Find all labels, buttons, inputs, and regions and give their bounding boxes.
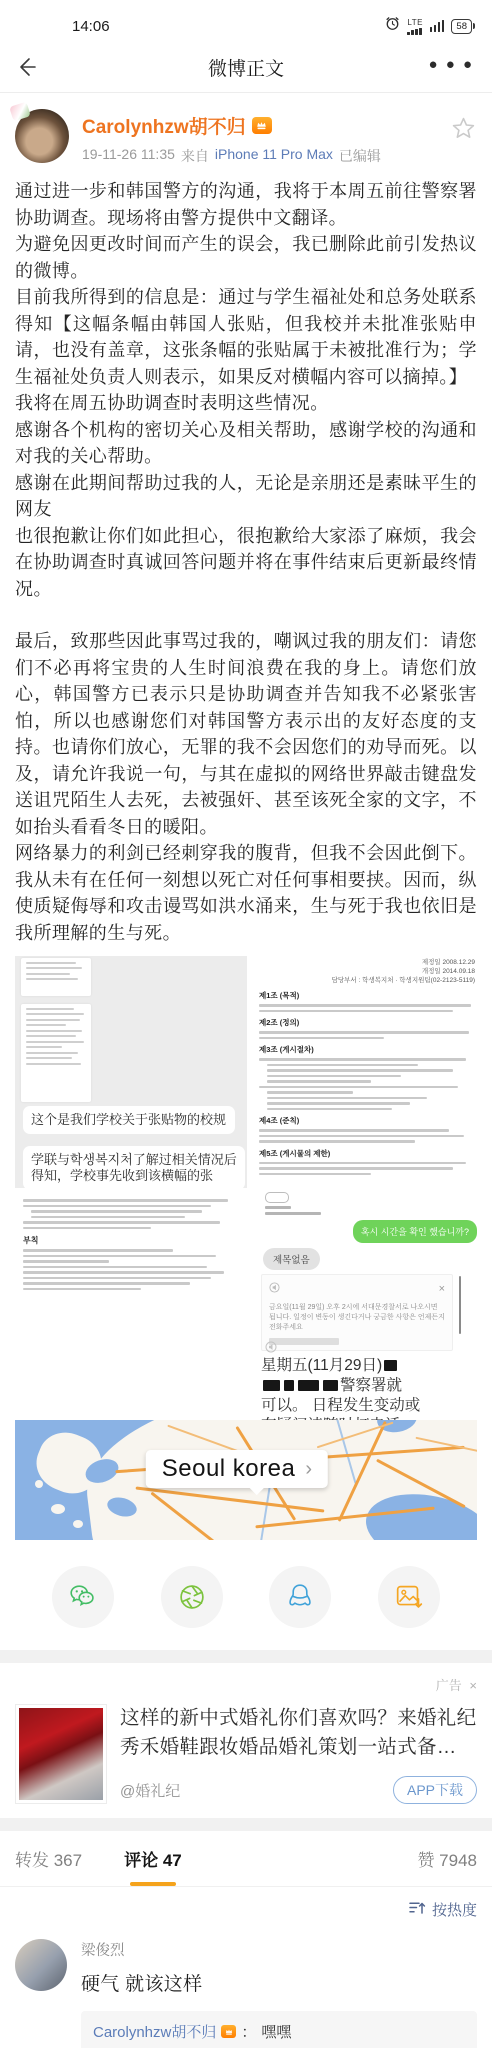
doc-date: 제정일 2008.12.29 (259, 958, 475, 967)
kakao-title-label: 제목없음 (263, 1248, 320, 1270)
reply-text: 嘿嘿 (261, 2021, 291, 2042)
signal-bars-sim2-icon (430, 20, 445, 33)
tab-likes[interactable]: 赞 7948 (417, 1831, 477, 1886)
document-thumbnail (21, 958, 91, 996)
signal-bars-sim1-icon (407, 28, 422, 35)
save-image-button[interactable] (378, 1566, 440, 1628)
chat-pill (265, 1192, 289, 1203)
korean-regulation-doc-bottom: 부칙 (17, 1192, 243, 1388)
ad-thumbnail[interactable] (15, 1704, 107, 1804)
reply-author-name[interactable]: Carolynhzw胡不归 (93, 2021, 216, 2042)
map-banner[interactable]: Seoul korea › (15, 1420, 477, 1540)
network-type-label: LTE (407, 18, 423, 27)
weibo-post-screen: 14:06 LTE 58 微博正文 ● ● ● (0, 0, 492, 2048)
post-paragraph: 通过进一步和韩国警方的沟通，我将于本周五前往警察署协助调查。现场将由警方提供中文… (15, 178, 477, 231)
image-download-icon (392, 1580, 426, 1614)
map-location-label: Seoul korea (162, 1455, 296, 1483)
doc-department: 담당부서 : 학생복지처 · 학생지원팀(02-2123-5119) (259, 976, 475, 985)
post-paragraph: 感谢各个机构的密切关心及相关帮助，感谢学校的沟通和对我的关心帮助。 (15, 417, 477, 470)
tab-reposts[interactable]: 转发 367 (15, 1831, 82, 1886)
post-paragraph: 也很抱歉让你们如此担心，很抱歉给大家添了麻烦，我会在协助调查时真诚回答问题并将在… (15, 523, 477, 603)
favorite-star-icon[interactable] (450, 115, 477, 147)
sort-label: 按热度 (432, 1899, 477, 1920)
doc-section-title: 제4조 (준칙) (259, 1115, 475, 1126)
section-divider (0, 1818, 492, 1831)
share-wechat-button[interactable] (52, 1566, 114, 1628)
comment-item[interactable]: 梁俊烈 硬气 就该这样 Carolynhzw胡不归 ： 嘿嘿 (0, 1931, 492, 2048)
section-divider (0, 1650, 492, 1663)
sort-row[interactable]: 按热度 (0, 1887, 492, 1931)
share-row (0, 1566, 492, 1628)
chat-screenshot-left: 这个是我们学校关于张贴物的校规 学联与학생복지처了解过相关情况后得知，学校事先收… (15, 956, 247, 1188)
page-title: 微博正文 (0, 54, 492, 81)
cn-text: 星期五(11月29日) (261, 1357, 382, 1374)
chevron-right-icon: › (305, 1458, 312, 1481)
kakao-message-card: × 금요일(11월 29일) 오후 2시에 서대문경찰서로 나오시면 됩니다. … (261, 1274, 453, 1351)
comment-text: 硬气 就该这样 (81, 1969, 477, 1996)
doc-heading: 부칙 (23, 1235, 237, 1246)
edited-label: 已编辑 (339, 146, 381, 166)
commenter-name[interactable]: 梁俊烈 (81, 1939, 477, 1960)
close-icon[interactable]: × (439, 1284, 445, 1295)
post-paragraph: 我将在周五协助调查时表明这些情况。 (15, 390, 477, 417)
ad-section: 广告 × 这样的新中式婚礼你们喜欢吗？来婚礼纪秀禾婚鞋跟妆婚品婚礼策划一站式备…… (0, 1663, 492, 1818)
cn-text: 警察署就 (340, 1377, 402, 1394)
ad-app-download-button[interactable]: APP下载 (393, 1776, 477, 1804)
ad-account[interactable]: @婚礼纪 (120, 1780, 180, 1801)
redacted-block (269, 1338, 339, 1345)
share-qq-button[interactable] (269, 1566, 331, 1628)
comment-reply[interactable]: Carolynhzw胡不归 ： 嘿嘿 (81, 2011, 477, 2048)
map-location-pill[interactable]: Seoul korea › (146, 1450, 328, 1488)
status-bar: 14:06 LTE 58 (0, 0, 492, 42)
doc-section-title: 제3조 (게시절차) (259, 1044, 475, 1055)
share-moments-button[interactable] (161, 1566, 223, 1628)
ad-title[interactable]: 这样的新中式婚礼你们喜欢吗？来婚礼纪秀禾婚鞋跟妆婚品婚礼策划一站式备… (120, 1704, 477, 1762)
post-paragraph: 为避免因更改时间而产生的误会，我已删除此前引发热议的微博。 (15, 231, 477, 284)
post-paragraph: 最后，致那些因此事骂过我的，嘲讽过我的朋友们：请您们不必再将宝贵的人生时间浪费在… (15, 628, 477, 840)
post-date: 19-11-26 11:35 (82, 146, 175, 166)
kakao-card-text: 금요일(11월 29일) 오후 2시에 서대문경찰서로 나오시면 됩니다. 일정… (269, 1303, 445, 1333)
chat-bubble: 这个是我们学校关于张贴物的校规 (23, 1106, 235, 1134)
tab-comments[interactable]: 评论 47 (124, 1831, 182, 1886)
kakao-chat-screenshot: 혹시 시간을 확인 했습니까? 제목없음 × 금요일(11월 29일) 오후 2… (255, 1188, 477, 1416)
more-options-icon[interactable]: ● ● ● (428, 56, 474, 73)
vip-crown-icon (252, 117, 272, 134)
source-prefix: 来自 (181, 146, 209, 166)
post-image-collage[interactable]: 这个是我们学校关于张贴物的校规 学联与학생복지처了解过相关情况后得知，学校事先收… (15, 956, 477, 1416)
wechat-icon (66, 1580, 100, 1614)
moments-aperture-icon (175, 1580, 209, 1614)
ad-card[interactable]: 这样的新中式婚礼你们喜欢吗？来婚礼纪秀禾婚鞋跟妆婚品婚礼策划一站式备… @婚礼纪… (15, 1704, 477, 1804)
avatar-sticker (9, 102, 31, 122)
korean-regulation-doc: 제정일 2008.12.29 개정일 2014.09.18 담당부서 : 학생복… (255, 956, 477, 1186)
post-stats-tabbar: 转发 367 评论 47 赞 7948 (0, 1831, 492, 1887)
post-source[interactable]: iPhone 11 Pro Max (215, 146, 333, 166)
document-thumbnail (21, 1004, 91, 1102)
author-name[interactable]: Carolynhzw胡不归 (82, 112, 246, 139)
ad-tag: 广告 (436, 1678, 462, 1693)
qq-penguin-icon (283, 1580, 317, 1614)
avatar[interactable] (15, 109, 69, 163)
sort-icon (409, 1900, 426, 1919)
doc-section-title: 제5조 (게시물의 제한) (259, 1148, 475, 1159)
battery-icon: 58 (451, 19, 472, 34)
nav-bar: 微博正文 ● ● ● (0, 42, 492, 93)
scrollbar[interactable] (459, 1276, 461, 1334)
status-time: 14:06 (72, 18, 110, 35)
post-body: 通过进一步和韩国警方的沟通，我将于本周五前往警察署协助调查。现场将由警方提供中文… (0, 172, 492, 946)
kakao-sent-bubble: 혹시 시간을 확인 했습니까? (353, 1220, 477, 1243)
doc-section-title: 제2조 (정의) (259, 1017, 475, 1028)
doc-section-title: 제1조 (목적) (259, 990, 475, 1001)
reply-separator: ： (241, 2021, 256, 2042)
ad-close-icon[interactable]: × (469, 1678, 477, 1693)
chat-bubble: 学联与학생복지처了解过相关情况后得知，学校事先收到该横幅的张 (23, 1146, 245, 1190)
author-row: Carolynhzw胡不归 19-11-26 11:35 来自 iPhone 1… (0, 93, 492, 172)
alarm-icon (385, 16, 400, 36)
commenter-avatar[interactable] (15, 1939, 67, 1991)
doc-date: 개정일 2014.09.18 (259, 967, 475, 976)
post-paragraph: 目前我所得到的信息是：通过与学生福祉处和总务处联系得知【这幅条幅由韩国人张贴，但… (15, 284, 477, 390)
cn-text: 可以。 日程发生变动或 (261, 1397, 420, 1414)
post-paragraph: 网络暴力的利剑已经刺穿我的腹背，但我不会因此倒下。我从未有在任何一刻想以死亡对任… (15, 840, 477, 946)
speaker-icon (269, 1280, 280, 1298)
post-paragraph: 感谢在此期间帮助过我的人，无论是亲朋还是素昧平生的网友 (15, 470, 477, 523)
vip-crown-icon (221, 2025, 236, 2038)
